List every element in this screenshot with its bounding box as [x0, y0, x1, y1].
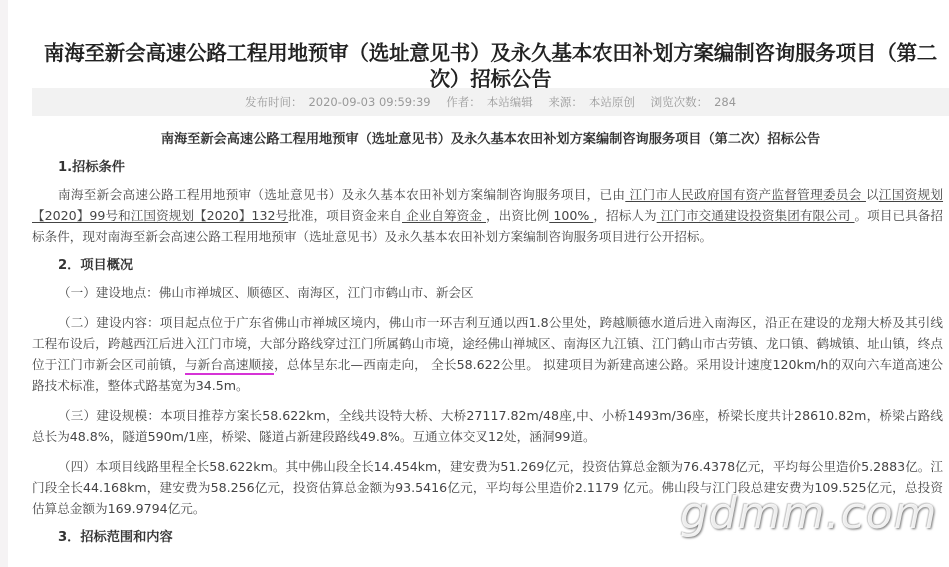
section-heading-project-overview: 2．项目概况: [32, 256, 949, 276]
view-count: 浏览次数：284: [648, 95, 739, 109]
publish-time: 发布时间：2020-09-03 09:59:39: [242, 95, 434, 109]
source: 来源：本站原创: [545, 95, 638, 109]
construction-location-paragraph: （一）建设地点：佛山市禅城区、顺德区、南海区，江门市鹤山市、新会区: [32, 282, 949, 303]
left-sidebar-strip: [0, 0, 8, 567]
article-page: 南海至新会高速公路工程用地预审（选址意见书）及永久基本农田补划方案编制咨询服务项…: [8, 0, 949, 567]
construction-scale-paragraph: （三）建设规模：本项目推荐方案长58.622km，全线共设特大桥、大桥27117…: [32, 405, 949, 447]
text: 南海至新会高速公路工程用地预审（选址意见书）及永久基本农田补划方案编制咨询服务项…: [58, 187, 625, 202]
section-heading-bidding-scope: 3．招标范围和内容: [32, 528, 949, 548]
source-value: 本站原创: [589, 95, 635, 109]
investment-cost-paragraph: （四）本项目线路里程全长58.622km。其中佛山段全长14.454km，建安费…: [32, 456, 949, 519]
text: 批准，项目资金来自: [288, 208, 402, 223]
view-count-label: 浏览次数：: [651, 95, 709, 109]
article-title: 南海至新会高速公路工程用地预审（选址意见书）及永久基本农田补划方案编制咨询服务项…: [32, 40, 949, 92]
text: 以: [866, 187, 879, 202]
fund-ratio-underlined: 100%: [549, 208, 593, 223]
text: ，招标人为: [593, 208, 656, 223]
author: 作者：本站编辑: [443, 95, 536, 109]
fund-source-underlined: 企业自筹资金: [402, 208, 486, 223]
publish-time-value: 2020-09-03 09:59:39: [308, 95, 430, 109]
view-count-value: 284: [714, 95, 736, 109]
article-meta-bar: 发布时间：2020-09-03 09:59:39 作者：本站编辑 来源：本站原创…: [32, 88, 949, 116]
author-value: 本站编辑: [487, 95, 533, 109]
tenderer-underlined: 江门市交通建设投资集团有限公司: [657, 208, 855, 223]
bidding-conditions-paragraph: 南海至新会高速公路工程用地预审（选址意见书）及永久基本农田补划方案编制咨询服务项…: [32, 184, 949, 247]
text: ，出资比例: [486, 208, 549, 223]
highlighted-text: 与新台高速顺接: [185, 357, 274, 375]
section-heading-bidding-conditions: 1.招标条件: [32, 158, 949, 178]
article-body: 南海至新会高速公路工程用地预审（选址意见书）及永久基本农田补划方案编制咨询服务项…: [32, 128, 949, 554]
source-label: 来源：: [548, 95, 583, 109]
author-label: 作者：: [446, 95, 481, 109]
document-heading: 南海至新会高速公路工程用地预审（选址意见书）及永久基本农田补划方案编制咨询服务项…: [32, 128, 949, 152]
construction-content-paragraph: （二）建设内容：项目起点位于广东省佛山市禅城区境内，佛山市一环吉利互通以西1.8…: [32, 312, 949, 396]
approver-underlined: 江门市人民政府国有资产监督管理委员会: [625, 187, 866, 202]
publish-time-label: 发布时间：: [245, 95, 303, 109]
